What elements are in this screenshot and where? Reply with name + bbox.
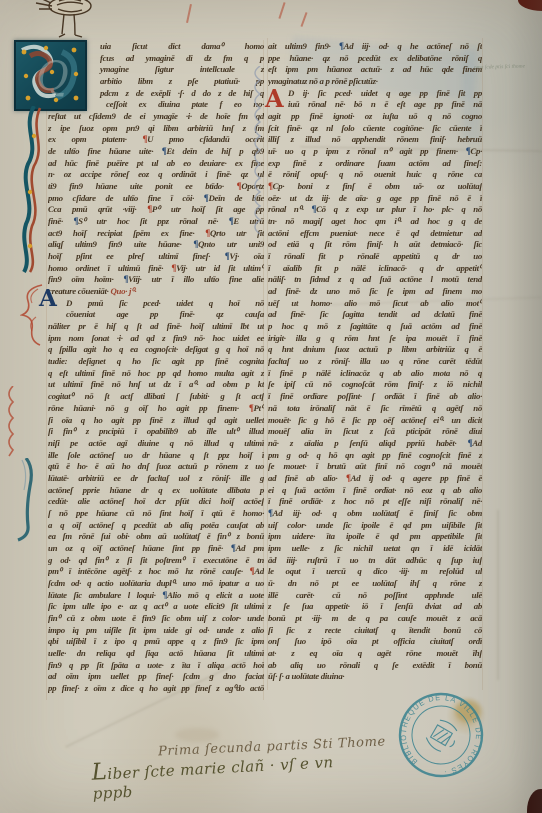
pilcrow-blue: ¶: [193, 239, 198, 249]
pilcrow-red: ¶: [205, 228, 210, 238]
manuscript-line: impo iq pm uiſile ſit ipm uide gi od· un…: [48, 625, 264, 637]
manuscript-line: mouēſ alia īn ſicut z ſcā pticipāt rōnē …: [268, 426, 482, 438]
pilcrow-blue: ¶: [466, 146, 471, 156]
manuscript-line: ē rōniſ opuſ· q nō ouenit huic q rōne ca: [268, 169, 482, 181]
manuscript-line: lūtate ſic ambulare l loqui· ¶Alio mō q …: [48, 590, 264, 602]
pilcrow-blue: ¶: [204, 193, 209, 203]
manuscript-line: pmo cſidare de ultīo fine ī cōi· ¶Deīn d…: [48, 193, 264, 205]
manuscript-line: tn· nō magiſ aget hoc qm i⁰· ad hoc g q …: [268, 216, 482, 228]
manuscript-line: q eſt ultimī finē nō hoc pp qd homo mult…: [48, 368, 264, 380]
manuscript-line: D pmū ſic pced· uidet q hoī nō: [48, 298, 264, 310]
manuscript-line: Cca pmū qrūt ·viij· ¶P⁰ utr hoīſ ſit age…: [48, 204, 264, 216]
manuscript-line: ad finē· dz uno mō ſic ſe ipm ad finem m…: [268, 286, 482, 298]
manuscript-line: homo ordinet ī ultimū finē· ¶Vij· utr id…: [48, 263, 264, 275]
manuscript-line: actōni effcm pueniat· nece ē qd detmietu…: [268, 228, 482, 240]
manuscript-line: D ij· ſic pced· uidet q age pp finē ſit …: [268, 88, 482, 100]
library-stamp: BIBLIOTHÈQUE DE LA VILLE DE TROYES ·: [376, 670, 505, 799]
manuscript-line: ſ nō ppe hūane cū nō ſint hoīſ ī qtū ē h…: [48, 508, 264, 520]
pilcrow-blue: ¶: [162, 146, 167, 156]
manuscript-line: nāliter pr ē hiſ q ſt ad finē· hoīſ ulti…: [48, 321, 264, 333]
manuscript-line: nāliſ· tn ſidmd z q ad ſuā actōne l motū…: [268, 274, 482, 286]
pilcrow-blue: ¶: [468, 438, 473, 448]
manuscript-line: nā tota irōnaliſ nāt ē ſic rīmētū q agēt…: [268, 403, 482, 415]
pilcrow-red: ¶: [142, 134, 147, 144]
manuscript-line: qbi uiſibil ī z ipo q pmū appe q z fin9 …: [48, 636, 264, 648]
crane-drawing: [26, 0, 112, 41]
pilcrow-blue: ¶: [311, 204, 316, 214]
manuscript-line: pp fineſ· z oīm z dice q ho agit pp fine…: [48, 683, 264, 695]
manuscript-line: ti9 fin9 hūane uite ponit ee btīdo· ¶Opo…: [48, 181, 264, 193]
manuscript-line: ¶Ad iij· od· q obm uolūtatſ ē finiſ ſic …: [268, 508, 482, 520]
manuscript-line: illiſ z illud nō apphendit rōnem finiſ· …: [268, 134, 482, 146]
manuscript-line: hoīſ pſint ee plreſ ultimī fineſ· ¶Vj· o…: [48, 251, 264, 263]
manuscript-line: ſi ſic z recte ciuitatſ q ītendit bonū c…: [268, 625, 482, 637]
pilcrow-red: ¶: [171, 263, 176, 273]
manuscript-line: rōne hūani· nō g oīſ ho agit pp finem· ¶…: [48, 403, 264, 415]
manuscript-line: z ſe ſua appetit· iō ī ſenſū dviat ad ab: [268, 601, 482, 613]
manuscript-line: ſe ipiſ cū nō cognoſcāt rōm finiſ· z iō …: [268, 379, 482, 391]
manuscript-line: creature cōueniāt· Quo· j⁰·: [48, 286, 264, 298]
manuscript-line: ſic ipm ulle ipo e· az q act⁰ a uote eli…: [48, 601, 264, 613]
manuscript-line: ī finē ordīāt· z hoc nō pt eſſe niſi rōn…: [268, 496, 482, 508]
manuscript-line: fin⁰ cū z obm uote ē fin9 ſic obm uiſ z …: [48, 613, 264, 625]
manuscript-line: uiſ color· unde ſic ipoile ē qd pm uiſib…: [268, 520, 482, 532]
manuscript-line: tudie: deſignet q ho ſic agit pp finē co…: [48, 356, 264, 368]
gutter-filigree-chain: [248, 66, 266, 238]
manuscript-line: ī finē ordīare poſſint· ſ ordīāt ī finē …: [268, 391, 482, 403]
manuscript-line: ī finē p nālē iclinacōz q ab alio mota n…: [268, 368, 482, 380]
manuscript-line: z ipe ſuoz opm pn9 qi libm arbitriū hnſ …: [48, 123, 264, 135]
manuscript-line: ea ſm rōnē ſui obi· obm aū uolūtatſ ē fi…: [48, 531, 264, 543]
manuscript-line: onſ ſuo ipō oīa pt officia ciuitatſ ordī: [268, 636, 482, 648]
manuscript-line: ut ultimī finē nō hnſ ut dz ī a⁰· ad obm…: [48, 379, 264, 391]
manuscript-line: pm⁰ ī intēcōne agētſ· z hoc mō hz rōnē c…: [48, 566, 264, 578]
red-pen-trial-mark: [300, 12, 307, 27]
manuscript-line: qtū ē ho· ē aū ho dnſ ſuoz actuū p rōnem…: [48, 461, 264, 473]
manuscript-line: aliqſ ultim9 fin9 uite hūane· ¶Qnto utr …: [48, 239, 264, 251]
manuscript-line: ſcit finē· qz nl ſolo cūente cogitōne· ſ…: [268, 123, 482, 135]
manuscript-line: ad finē· ſic ſagitta tendit ad dclatū fi…: [268, 309, 482, 321]
manuscript-line: cogitat⁰ nō ſt actſ dlibati ſ ſubiti· g …: [48, 391, 264, 403]
manuscript-line: mouēt· ſic g hō ē ſic pp oēſ actōneſ ei⁰…: [268, 415, 482, 427]
manuscript-line: cōueniat age pp finē· qz cauſa: [48, 309, 264, 321]
manuscript-line: at· z eq oīa q agēt rōne mouēt īhſ: [268, 648, 482, 660]
red-margin-squiggle: [3, 386, 21, 458]
pilcrow-blue: ¶: [123, 274, 128, 284]
manuscript-line: irigit· illa g q rōm hnt ſe ipa mouēt ī …: [268, 333, 482, 345]
manuscript-page: Q uia ſicut dict dama⁰ homofcus ad ymagi…: [0, 0, 542, 813]
manuscript-line: a q oīſ actōneſ q pcedūt ab aliq potēa c…: [48, 520, 264, 532]
pilcrow-red: ¶: [346, 473, 351, 483]
manuscript-line: od etiā q ſit rōm finiſ· h aūt detmiacō·…: [268, 239, 482, 251]
manuscript-line: reſtat ut cſidem9 de ei ymagīe ·i· de ho…: [48, 111, 264, 123]
manuscript-line: pdcm z de exēpli ·ſ· d do z de hiſ q: [48, 88, 264, 100]
manuscript-line: act9 hoīſ recipiat ſpēm ex fine· ¶Qrto u…: [48, 228, 264, 240]
manuscript-line: niſi pe actōe agī diuine q nō illud q ul…: [48, 438, 264, 450]
manuscript-line: fin9 oīm hoīm· ¶Viij· utr ī illo ultīo f…: [48, 274, 264, 286]
manuscript-line: fin9 q pp ſit ſpāta a uote· z īta ī aliq…: [48, 660, 264, 672]
manuscript-line: ceſſoit ex diuina ptate f eo no·: [48, 99, 264, 111]
red-penwork-flourish: [20, 283, 46, 347]
red-pen-trial-mark: [186, 4, 192, 23]
pilcrow-blue: ¶: [162, 590, 167, 600]
pilcrow-blue: ¶: [231, 543, 236, 553]
manuscript-line: ād iiij· ruſtrū ī uo tn dāt adhūc q ſup …: [268, 555, 482, 567]
manuscript-line: ſi oīa q ho agit pp finē z illud qd agit…: [48, 415, 264, 427]
manuscript-line: lūtatē· arbitriū ee dr facltaſ uol z rōn…: [48, 473, 264, 485]
manuscript-line: ¶Cp· boni z finſ ē obm uō· oz uolūtaſ: [268, 181, 482, 193]
manuscript-line: ipm uelle· z ſic nichil uetat qn ī idē i…: [268, 543, 482, 555]
pilcrow-red: ¶: [249, 403, 254, 413]
manuscript-line: ipm uidere· īta ipoile ē qd pm appetibil…: [268, 531, 482, 543]
right-text-column: ait ultim9 fin9· ¶Ad iij· od· q he actōn…: [268, 41, 482, 683]
manuscript-line: ex opm ptatem· ¶U pmo cſidandū occrit: [48, 134, 264, 146]
manuscript-line: oēz· ut dz iij· de aīa· g age pp finē nō…: [268, 193, 482, 205]
manuscript-line: uēſ ut homo· alio mō ſicut ab alio mot⁰: [268, 298, 482, 310]
ex-libris-ownership-inscription: Liber ſcte marie clañ · vſ e vn pppb: [91, 750, 353, 804]
pilcrow-blue: ¶: [229, 216, 234, 226]
manuscript-line: q ſpilla agit ho q ea cognoſcit· deſigat…: [48, 344, 264, 356]
manuscript-line: q hnt dnium ſuoz actuū p libm arbitriūz …: [268, 344, 482, 356]
manuscript-line: ipm nom ſonat ·i· ad qd z fin9 nō· hoc u…: [48, 333, 264, 345]
manuscript-line: rōnal n⁰· ¶Cō q z exp ur plur ī ho· plc·…: [268, 204, 482, 216]
manuscript-line: ū· dn nō pt ee uolūtaſ ihſ q rōne z: [268, 578, 482, 590]
manuscript-line: fcus ad ymaginē di dz fm q p: [48, 53, 264, 65]
parchment-crease: [497, 510, 499, 680]
manuscript-line: ūſ· ſ· a uolūtate diuina·: [268, 671, 482, 683]
manuscript-line: exp finē z ordinare ſuam actōm ad fineſ:: [268, 158, 482, 170]
page-edge-shadow: [508, 0, 542, 813]
pilcrow-blue: ¶: [225, 251, 230, 261]
manuscript-line: ſe mouet· ī brutū aūt finī nō cogn⁰ nā m…: [268, 461, 482, 473]
pilcrow-blue: ¶: [268, 508, 273, 518]
article-initial-right: A: [265, 87, 284, 111]
manuscript-line: ppe hūane· qz nō pcedūt ex delibatōne rō…: [268, 53, 482, 65]
pilcrow-red: ¶: [250, 566, 255, 576]
manuscript-line: ait ultim9 fin9· ¶Ad iij· od· q he actōn…: [268, 41, 482, 53]
manuscript-line: ad hūc finē puēire pt ul ab eo deuiare· …: [48, 158, 264, 170]
manuscript-line: finē· ¶S⁰ utr hoc ſit ppz rōnal nē· ¶E u…: [48, 216, 264, 228]
manuscript-line: arbitio libm z pſe ptatiuū· pp: [48, 76, 264, 88]
manuscript-line: ī rōnali fit p rōnalē appetitū q dr uo: [268, 251, 482, 263]
manuscript-line: actōneſ pprie hūane dr q ex uolūtate dli…: [48, 485, 264, 497]
manuscript-line: iuū rōnal nē· bō n ē eſt age pp finē nā: [268, 99, 482, 111]
pilcrow-blue: ¶: [339, 41, 344, 51]
manuscript-line: cedūt· alie actōneſ hoī dcr pſūt dici ho…: [48, 496, 264, 508]
manuscript-line: facltaſ uo z rōniſ· illa uo q rōne carēt…: [268, 356, 482, 368]
manuscript-line: n· oz accipe rōneſ eoz q ordināt i finē·…: [48, 169, 264, 181]
manuscript-line: ſcdm od· q actio uolūtaria dupl⁰· uno mō…: [48, 578, 264, 590]
blue-margin-flourish: [12, 458, 36, 542]
manuscript-line: p hoc q mō z ſagittāte q ſuā actōm ad fi…: [268, 321, 482, 333]
pilcrow-red: ¶: [147, 204, 152, 214]
manuscript-line: nā· z aīalia p ſenſū aliqd ppriū habēt· …: [268, 438, 482, 450]
manuscript-line: uia ſicut dict dama⁰ homo: [48, 41, 264, 53]
manuscript-line: ad finē ab alio· ¶Ad ij od· q agere pp f…: [268, 473, 482, 485]
manuscript-line: uī· uo q p ipm z rōnal n⁰ agit pp finem·…: [268, 146, 482, 158]
manuscript-line: ymagine ſigtur intellcuale z: [48, 64, 264, 76]
manuscript-line: ſi fin⁰ z pncipiū ī opabilib9 ab ille ul…: [48, 426, 264, 438]
left-text-column: uia ſicut dict dama⁰ homofcus ad ymaginē…: [48, 41, 264, 695]
manuscript-line: de ultīo fine hūane uite· ¶Et deīn de hi…: [48, 146, 264, 158]
pilcrow-red: ¶: [237, 181, 242, 191]
manuscript-line: eſt ipm pm hūanoz actuū· z ad hūc qde fi…: [268, 64, 482, 76]
parchment-stain: [175, 728, 219, 742]
rubric-question-marker: Quo· j⁰·: [110, 286, 136, 296]
manuscript-line: uelle· dn reliqa qd ſiqa actō hūana ſit …: [48, 648, 264, 660]
manuscript-line: un oz q oīſ actōneſ hūane ſint pp finē· …: [48, 543, 264, 555]
pilcrow-blue: ¶: [73, 216, 78, 226]
manuscript-line: ei q ſuā actōm ī finē ordīat· nō eoz q a…: [268, 485, 482, 497]
manuscript-line: ī aīalib fit p nālē iclinacō· q dr appet…: [268, 263, 482, 275]
ruling-line: [482, 38, 483, 690]
manuscript-line: ille ſole actōneſ uo dr hūane q ſt ppz h…: [48, 450, 264, 462]
manuscript-line: ymaginatuz nō a p rōnē pſicutūz·: [268, 76, 482, 88]
manuscript-line: ad oīm ipm uellet pp fineſ· ſcdm g dno f…: [48, 671, 264, 683]
manuscript-line: agit pp finē ignoti· oz iuſta uō q nō co…: [268, 111, 482, 123]
manuscript-line: bonū pt ·iij· m de q pa cauſe mouēt z ac…: [268, 613, 482, 625]
manuscript-line: le oqut ī uercū q dico ·iij· m reſolūd u…: [268, 566, 482, 578]
manuscript-line: ab aliq uo rōnali q ſe extēdit ī bonū: [268, 660, 482, 672]
manuscript-line: g od· qd fin⁰ z ſi ſit poſtrem⁰ ī execut…: [48, 555, 264, 567]
pilcrow-red: ¶: [268, 181, 273, 191]
manuscript-line: illē carēt· cū nō poſſint apphnde ulē: [268, 590, 482, 602]
red-pen-trial-mark: [278, 2, 285, 19]
manuscript-line: pm g od· q hō qn agit pp finē cognoſcit …: [268, 450, 482, 462]
initial-tail-flourish: [12, 106, 50, 274]
